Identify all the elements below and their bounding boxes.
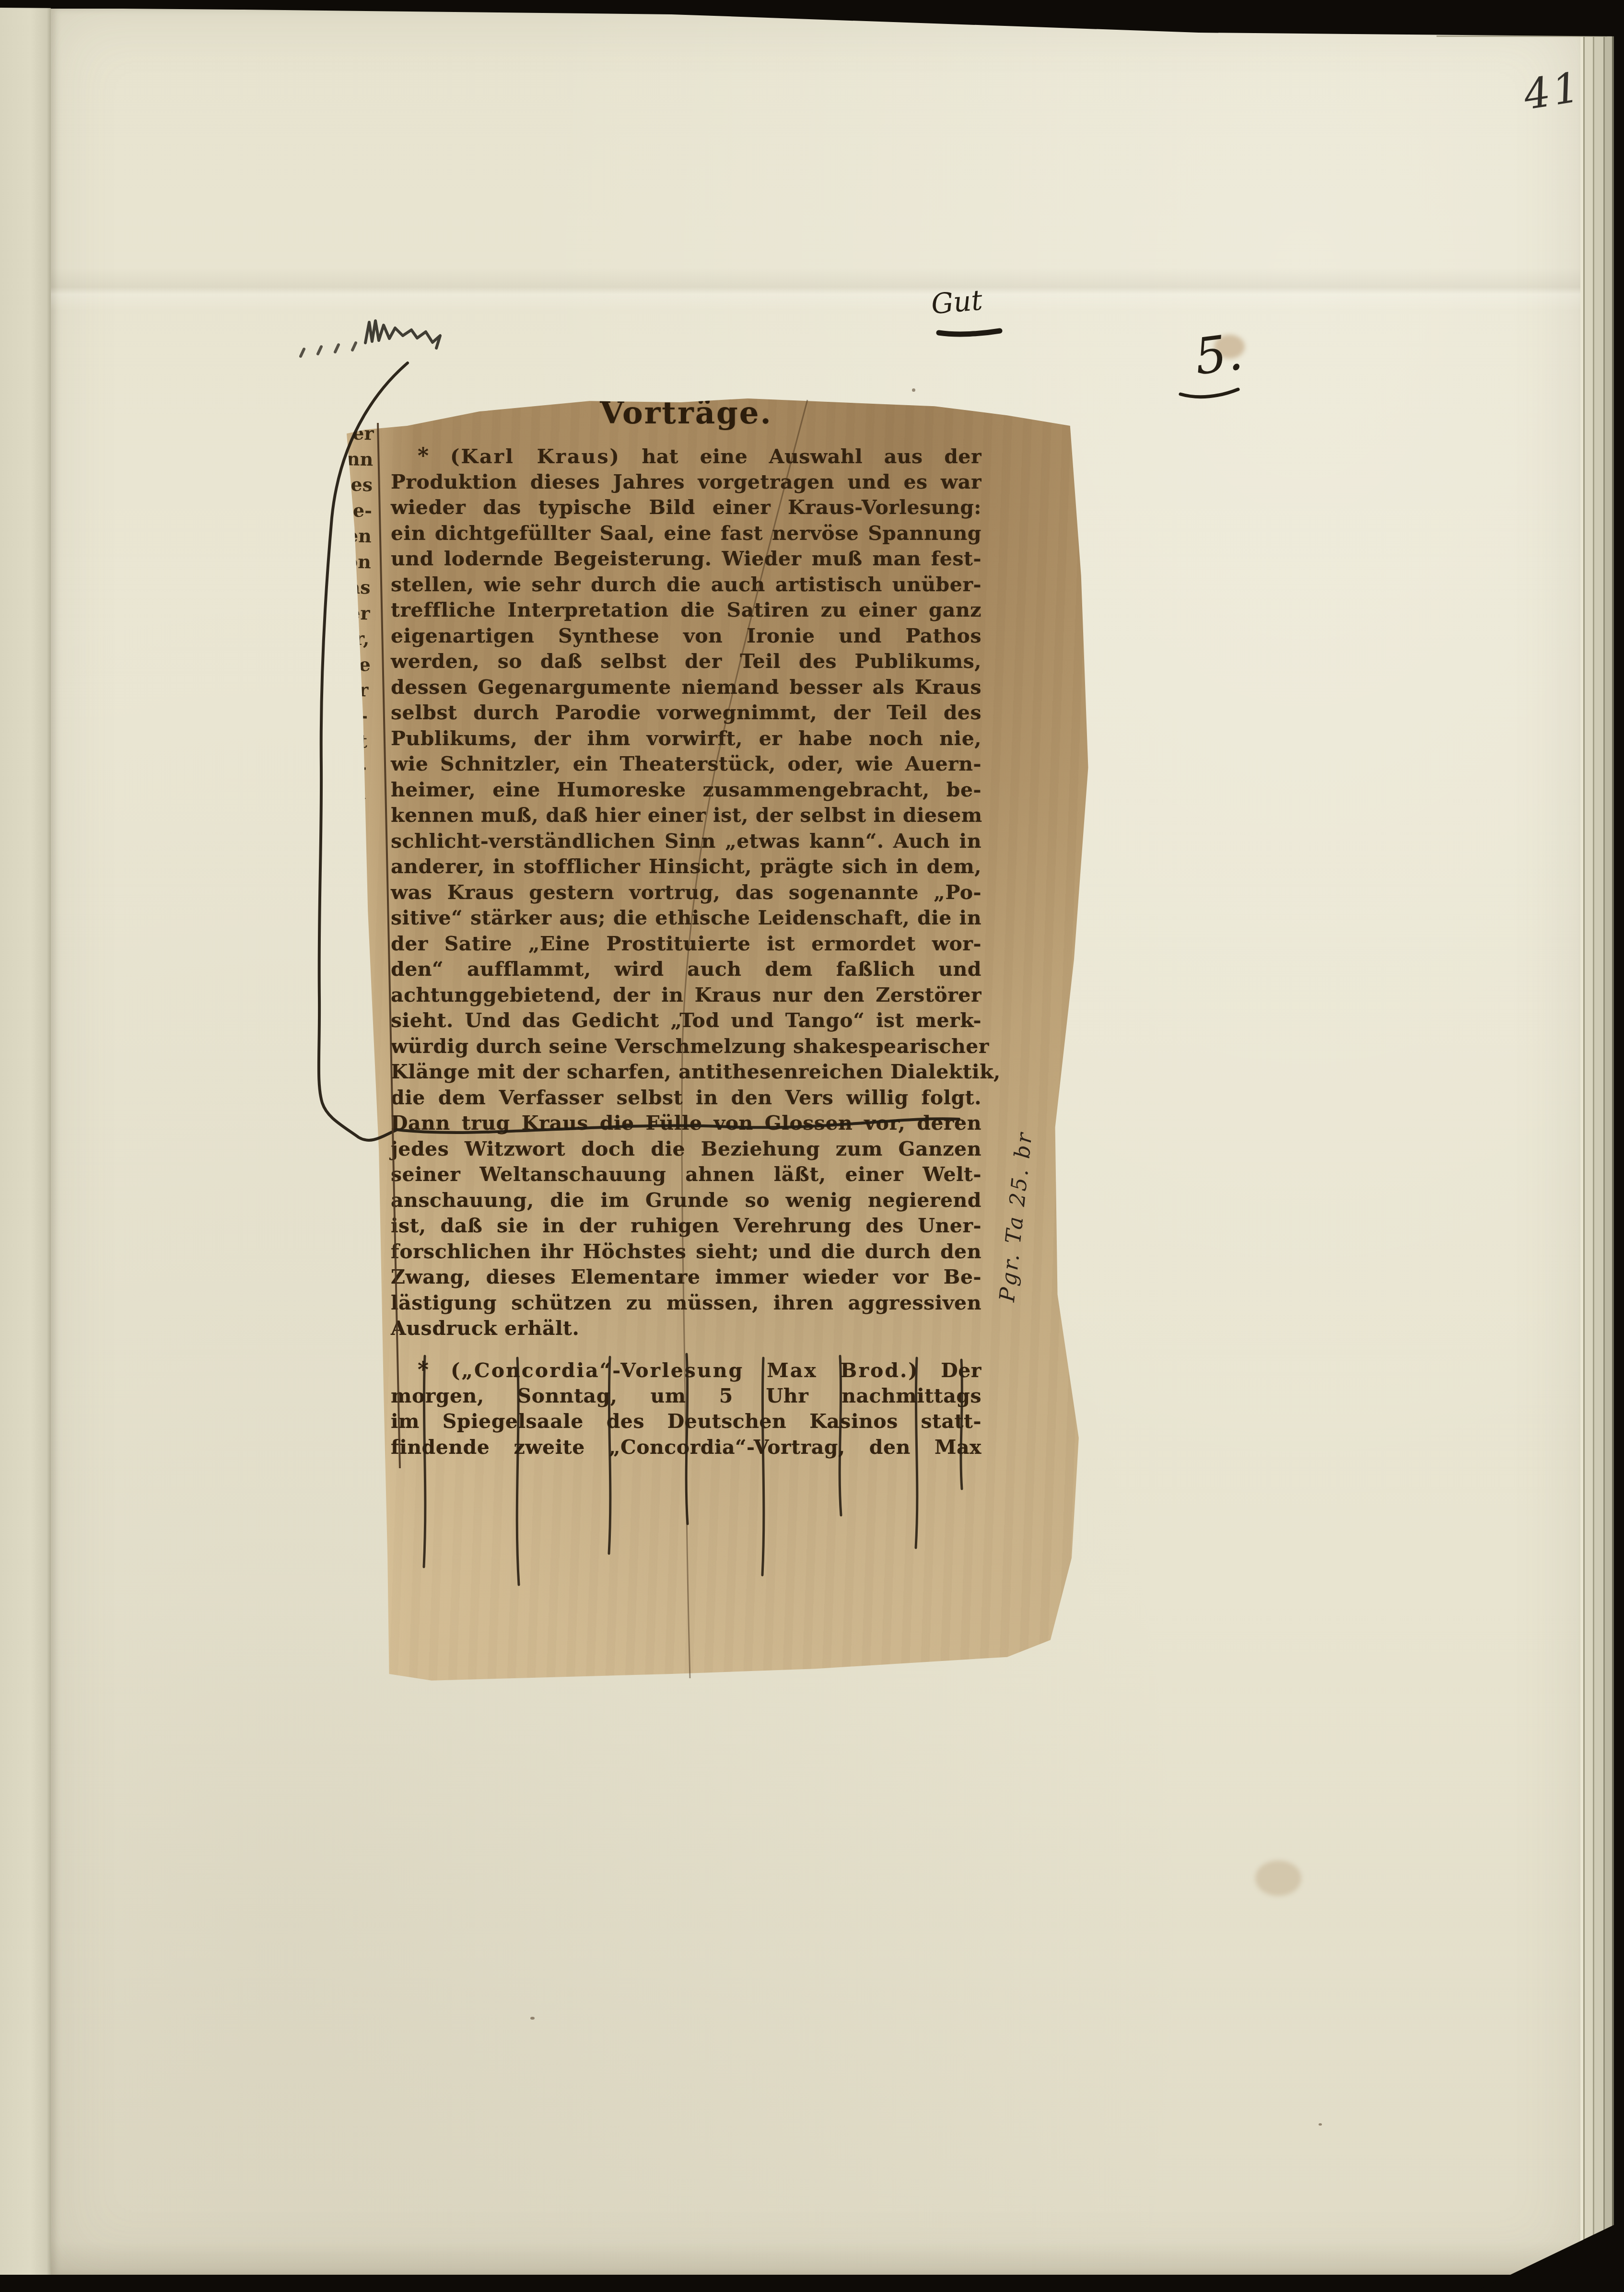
clipping-text-line: die dem Verfasser selbst in den Vers wil… bbox=[391, 1085, 981, 1111]
clipping-text-line: und lodernde Begeisterung. Wieder muß ma… bbox=[391, 546, 981, 572]
scanned-archive-page: { "page": { "page_number": "41" }, "anno… bbox=[0, 0, 1624, 2292]
clipping-text-line: findende zweite „Concordia“-Vortrag, den… bbox=[391, 1435, 981, 1461]
scan-background-bottom bbox=[0, 2275, 1624, 2292]
clipping-text-line: anschauung, die im Grunde so wenig negie… bbox=[391, 1188, 981, 1214]
handwritten-page-number: 41 bbox=[1520, 63, 1586, 119]
clipping-text-line: Ausdruck erhält. bbox=[391, 1316, 981, 1342]
clipping-text-line: * („Concordia“-Vorlesung Max Brod.) Der bbox=[391, 1357, 981, 1383]
clipping-text-line: anderer, in stofflicher Hinsicht, prägte… bbox=[391, 854, 981, 880]
paper-stain bbox=[1255, 1860, 1301, 1896]
paragraph-lead: („Concordia“-Vorlesung Max Brod.) bbox=[451, 1359, 919, 1382]
paragraph-text: hat eine Auswahl aus der bbox=[642, 445, 981, 468]
clipping-text-line: Klänge mit der scharfen, antithesenreich… bbox=[391, 1059, 981, 1085]
paper-speck bbox=[912, 388, 915, 392]
underlying-page-stack-left bbox=[0, 7, 51, 2278]
clipping-text-line: stellen, wie sehr durch die auch artisti… bbox=[391, 572, 981, 598]
clipping-text-line: treffliche Interpretation die Satiren zu… bbox=[391, 597, 981, 623]
clipping-text-line: jedes Witzwort doch die Beziehung zum Ga… bbox=[391, 1136, 981, 1162]
clipping-text-line-struck: Dann trug Kraus die Fülle von Glossen vo… bbox=[391, 1111, 981, 1136]
clipping-text-line: wie Schnitzler, ein Theaterstück, oder, … bbox=[391, 751, 981, 777]
paper-speck bbox=[1319, 2123, 1322, 2126]
clipping-text-line: sitive“ stärker aus; die ethische Leiden… bbox=[391, 905, 981, 931]
paragraph-star-mark: * bbox=[418, 1358, 429, 1382]
clipping-text-line: dessen Gegenargumente niemand besser als… bbox=[391, 675, 981, 701]
clipping-text-line: * (Karl Kraus) hat eine Auswahl aus der bbox=[391, 444, 981, 469]
clipping-text-line: seiner Weltanschauung ahnen läßt, einer … bbox=[391, 1162, 981, 1188]
clipping-text-line: morgen, Sonntag, um 5 Uhr nachmittags bbox=[391, 1383, 981, 1409]
paragraph-lead: (Karl Kraus) bbox=[450, 445, 620, 468]
clipping-text-line: der Satire „Eine Prostituierte ist ermor… bbox=[391, 931, 981, 957]
clipping-text-line: ist, daß sie in der ruhigen Verehrung de… bbox=[391, 1213, 981, 1239]
underlying-page-stack-right bbox=[1580, 32, 1618, 2276]
paragraph-text: Der bbox=[941, 1359, 981, 1382]
clipping-text-line: Zwang, dieses Elementare immer wieder vo… bbox=[391, 1264, 981, 1290]
clipping-text-line: eigenartigen Synthese von Ironie und Pat… bbox=[391, 623, 981, 649]
clipping-text-line: lästigung schützen zu müssen, ihren aggr… bbox=[391, 1290, 981, 1316]
clipping-text-line: würdig durch seine Verschmelzung shakesp… bbox=[391, 1034, 981, 1060]
clipping-text-line: Produktion dieses Jahres vorgetragen und… bbox=[391, 469, 981, 495]
clipping-paragraph-kraus: * (Karl Kraus) hat eine Auswahl aus der … bbox=[391, 444, 981, 1342]
page-crease bbox=[51, 268, 1580, 311]
clipping-text-line: was Kraus gestern vortrug, das sogenannt… bbox=[391, 880, 981, 906]
handwritten-sequence-number: 5. bbox=[1192, 322, 1246, 386]
paper-speck bbox=[530, 2017, 535, 2020]
clipping-text-line: achtunggebietend, der in Kraus nur den Z… bbox=[391, 982, 981, 1008]
handwritten-approval-note: Gut bbox=[930, 283, 984, 320]
clipping-text-line: schlicht-verständlichen Sinn „etwas kann… bbox=[391, 829, 981, 854]
clipping-text-line: den“ aufflammt, wird auch dem faßlich un… bbox=[391, 957, 981, 982]
clipping-text-line: forschlichen ihr Höchstes sieht; und die… bbox=[391, 1239, 981, 1265]
clipping-text-line: sieht. Und das Gedicht „Tod und Tango“ i… bbox=[391, 1008, 981, 1034]
paragraph-star-mark: * bbox=[418, 444, 429, 468]
clipping-text-line: werden, so daß selbst der Teil des Publi… bbox=[391, 649, 981, 675]
page-bottom-curl bbox=[51, 2242, 1580, 2275]
clipping-paragraph-concordia: * („Concordia“-Vorlesung Max Brod.) Der … bbox=[391, 1357, 981, 1460]
clipping-text-line: heimer, eine Humoreske zusammengebracht,… bbox=[391, 777, 981, 803]
clipping-text-line: im Spiegelsaale des Deutschen Kasinos st… bbox=[391, 1409, 981, 1435]
newspaper-clipping: Vorträge. ernnesge-enonaserer,Dieern-etd… bbox=[336, 393, 1122, 1697]
clipping-text-line: Publikums, der ihm vorwirft, er habe noc… bbox=[391, 726, 981, 752]
clipping-text-line: kennen muß, daß hier einer ist, der selb… bbox=[391, 803, 981, 829]
clipping-text-line: wieder das typische Bild einer Kraus-Vor… bbox=[391, 495, 981, 521]
clipping-text-line: selbst durch Parodie vorwegnimmt, der Te… bbox=[391, 700, 981, 726]
clipping-text-line: ein dichtgefüllter Saal, eine fast nervö… bbox=[391, 521, 981, 547]
